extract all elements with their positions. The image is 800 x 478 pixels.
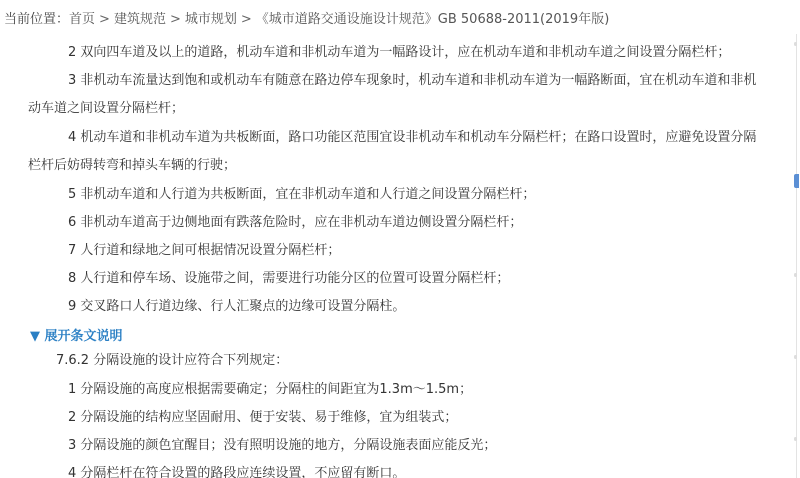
breadcrumb-label: 当前位置：	[4, 12, 69, 27]
breadcrumb-building-codes[interactable]: 建筑规范	[114, 12, 166, 27]
section-title: 7.6.2 分隔设施的设计应符合下列规定：	[56, 352, 288, 370]
scroll-marker	[794, 42, 797, 46]
scroll-marker	[794, 273, 797, 277]
clause-item: 3 非机动车流量达到饱和或机动车有随意在路边停车现象时，机动车道和非机动车道为一…	[68, 72, 756, 90]
breadcrumb-home[interactable]: 首页	[69, 12, 95, 27]
clause-item: 7 人行道和绿地之间可根据情况设置分隔栏杆；	[68, 242, 340, 260]
breadcrumb-urban-planning[interactable]: 城市规划	[185, 12, 237, 27]
clause-item: 4 机动车道和非机动车道为共板断面，路口功能区范围宜设非机动车和机动车分隔栏杆；…	[68, 129, 756, 147]
breadcrumb: 当前位置：首页>建筑规范>城市规划>《城市道路交通设施设计规范》GB 50688…	[4, 8, 609, 27]
clause-item: 5 非机动车道和人行道为共板断面，宜在非机动车道和人行道之间设置分隔栏杆；	[68, 186, 535, 204]
section-item: 3 分隔设施的颜色宜醒目；没有照明设施的地方，分隔设施表面应能反光；	[68, 437, 496, 455]
clause-item: 8 人行道和停车场、设施带之间，需要进行功能分区的位置可设置分隔栏杆；	[68, 270, 509, 288]
breadcrumb-separator: >	[241, 12, 252, 27]
breadcrumb-separator: >	[99, 12, 110, 27]
scroll-marker	[794, 437, 797, 441]
clause-item-continuation: 动车道之间设置分隔栏杆；	[28, 100, 184, 118]
clause-item-continuation: 栏杆后妨碍转弯和掉头车辆的行驶；	[28, 157, 236, 175]
scrollbar-track[interactable]	[796, 34, 797, 478]
expand-explanation-label: 展开条文说明	[45, 329, 123, 344]
breadcrumb-current-standard[interactable]: 《城市道路交通设施设计规范》GB 50688-2011(2019年版)	[256, 12, 609, 27]
section-item: 4 分隔栏杆在符合设置的路段应连续设置，不应留有断口。	[68, 465, 405, 478]
clause-item: 2 双向四车道及以上的道路，机动车道和非机动车道为一幅路设计，应在机动车道和非机…	[68, 44, 730, 62]
clause-item: 6 非机动车道高于边侧地面有跌落危险时，应在非机动车道边侧设置分隔栏杆；	[68, 214, 522, 232]
breadcrumb-separator: >	[170, 12, 181, 27]
expand-explanation-toggle[interactable]: ▼ 展开条文说明	[30, 325, 123, 344]
clause-item: 9 交叉路口人行道边缘、行人汇聚点的边缘可设置分隔柱。	[68, 298, 405, 316]
triangle-down-icon: ▼	[30, 329, 40, 344]
scrollbar-thumb[interactable]	[794, 174, 799, 188]
section-item: 1 分隔设施的高度应根据需要确定；分隔柱的间距宜为1.3m～1.5m；	[68, 381, 472, 399]
section-item: 2 分隔设施的结构应坚固耐用、便于安装、易于维修，宜为组装式；	[68, 409, 457, 427]
scroll-marker	[794, 355, 797, 359]
